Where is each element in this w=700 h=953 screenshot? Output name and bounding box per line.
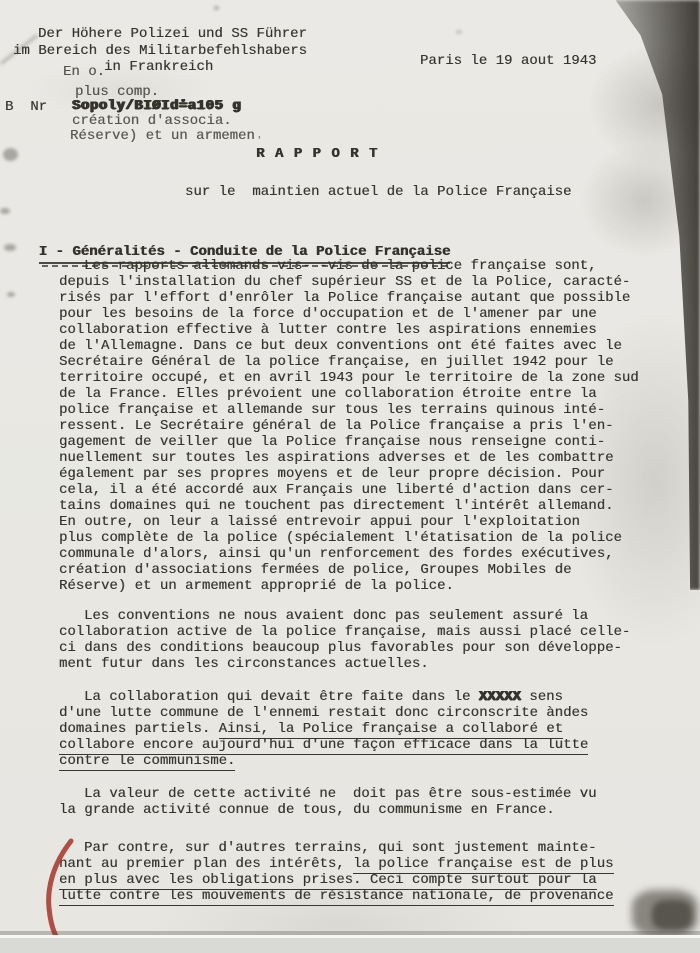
underlined-text-segment: lutte contre les mouvements de résistanc… <box>59 888 614 906</box>
text-segment: communale d'alors, ainsi qu'un renforcem… <box>59 546 614 562</box>
paragraph: La collaboration qui devait être faite d… <box>59 689 588 769</box>
text-segment: La collaboration qui devait être faite d… <box>84 689 479 705</box>
text-segment: création d'associations fermées de polic… <box>59 562 571 578</box>
scan-artifact-bottom-right-blotch-core <box>652 900 692 930</box>
ghost-text-fragment-4: Réserve) et un armemen˒ <box>70 128 263 144</box>
text-line: cela, il a été accordé aux Français une … <box>59 482 639 498</box>
text-line: également par ses propres moyens et de l… <box>59 466 639 482</box>
text-segment: Réserve) et un armement approprié de la … <box>59 578 454 594</box>
text-line: d'une lutte commune de l'ennemi restait … <box>59 705 588 721</box>
text-line: collabore encore aujourd'hui d'une façon… <box>59 737 588 753</box>
text-line: Par contre, sur d'autres terrains, qui s… <box>59 840 614 856</box>
text-segment: également par ses propres moyens et de l… <box>59 466 605 482</box>
text-line: police française et allemande sur tous l… <box>59 402 639 418</box>
text-segment: ci dans des conditions beaucoup plus fav… <box>59 640 622 656</box>
paragraph: Les conventions ne nous avaient donc pas… <box>59 608 630 672</box>
text-line: tains domaines qui ne touchent pas direc… <box>59 498 639 514</box>
text-line: La valeur de cette activité ne doit pas … <box>59 786 596 802</box>
text-segment: collaboration effective à lutter contre … <box>59 322 597 338</box>
text-segment: La valeur de cette activité ne doit pas … <box>84 786 596 802</box>
text-segment: Les rapports allemands vis- -vis de la p… <box>84 258 596 274</box>
text-line: plus complète de la police (spécialement… <box>59 530 639 546</box>
scan-artifact-speck <box>456 30 462 34</box>
document-page: Der Höhere Polizei und SS Führer im Bere… <box>0 0 700 953</box>
text-line: contre le communisme. <box>59 753 588 769</box>
text-line: collaboration active de la police frança… <box>59 624 630 640</box>
text-line: nuellement sur toutes les aspirations ad… <box>59 450 639 466</box>
letterhead-org-line2: im Bereich des Militarbefehlshabers <box>13 43 307 59</box>
paragraph: Par contre, sur d'autres terrains, qui s… <box>59 840 614 904</box>
text-line: communale d'alors, ainsi qu'un renforcem… <box>59 546 639 562</box>
text-segment: nant au premier plan des intérêts, <box>59 856 353 872</box>
text-segment: depuis l'installation du chef supérieur … <box>59 274 630 290</box>
letterhead-org-line1: Der Höhere Polizei und SS Führer <box>38 26 307 42</box>
text-line: risés par l'effort d'enrôler la Police f… <box>59 290 639 306</box>
scan-artifact-speck <box>4 244 16 251</box>
text-segment: sens <box>521 689 563 705</box>
text-line: ci dans des conditions beaucoup plus fav… <box>59 640 630 656</box>
text-line: Les rapports allemands vis- -vis de la p… <box>59 258 639 274</box>
report-subtitle: sur le maintien actuel de la Police Fran… <box>185 184 571 200</box>
text-line: ment futur dans les circonstances actuel… <box>59 656 630 672</box>
text-line: ressent. Le Secrétaire général de la Pol… <box>59 418 639 434</box>
underlined-text-segment: en plus avec les obligations prises. Cec… <box>59 872 597 890</box>
text-segment: Par contre, sur d'autres terrains, qui s… <box>84 840 596 856</box>
text-segment: nuellement sur toutes les aspirations ad… <box>59 450 614 466</box>
text-segment: domaines partiels. <box>59 721 219 737</box>
reference-number: Sopoly/BIØId≐a105 g <box>72 98 241 114</box>
text-line: territoire occupé, et en avril 1943 pour… <box>59 370 639 386</box>
text-segment: territoire occupé, et en avril 1943 pour… <box>59 370 639 386</box>
text-line: La collaboration qui devait être faite d… <box>59 689 588 705</box>
report-title: R A P P O R T <box>256 146 378 162</box>
text-line: Les conventions ne nous avaient donc pas… <box>59 608 630 624</box>
underlined-text-segment: Ainsi, la Police française a collaboré e… <box>219 721 563 739</box>
text-segment: Les conventions ne nous avaient donc pas… <box>84 608 588 624</box>
text-line: de l'Allemagne. Dans ce but deux convent… <box>59 338 639 354</box>
reference-label: B Nr <box>5 99 47 115</box>
text-segment: de l'Allemagne. Dans ce but deux convent… <box>59 338 622 354</box>
text-segment: de la France. Elles prévoient une collab… <box>59 386 597 402</box>
text-line: Secrétaire Général de la police français… <box>59 354 639 370</box>
text-line: depuis l'installation du chef supérieur … <box>59 274 639 290</box>
dateline: Paris le 19 aout 1943 <box>420 53 596 69</box>
text-segment: collaboration active de la police frança… <box>59 624 630 640</box>
text-segment: Secrétaire Général de la police français… <box>59 354 614 370</box>
text-segment: d'une lutte commune de l'ennemi restait … <box>59 705 588 721</box>
text-line: En outre, on leur a laissé entrevoir app… <box>59 514 639 530</box>
text-segment: pour les besoins de la force d'occupatio… <box>59 306 597 322</box>
underlined-text-segment: collabore encore aujourd'hui d'une façon… <box>59 737 588 755</box>
text-segment: plus complète de la police (spécialement… <box>59 530 622 546</box>
text-segment: cela, il a été accordé aux Français une … <box>59 482 614 498</box>
text-segment: gagement de veiller que la Police frança… <box>59 434 605 450</box>
scan-artifact-speck <box>7 292 15 297</box>
text-line: création d'associations fermées de polic… <box>59 562 639 578</box>
ghost-text-fragment-3: création d'associa. <box>72 113 232 129</box>
paragraph: Les rapports allemands vis- -vis de la p… <box>59 258 639 594</box>
text-line: en plus avec les obligations prises. Cec… <box>59 872 614 888</box>
text-line: la grande activité connue de tous, du co… <box>59 802 596 818</box>
text-line: lutte contre les mouvements de résistanc… <box>59 888 614 904</box>
scan-artifact-bottom-strip <box>0 935 700 953</box>
underlined-text-segment: contre le communisme. <box>59 753 235 771</box>
text-segment: police française et allemande sur tous l… <box>59 402 605 418</box>
text-segment: En outre, on leur a laissé entrevoir app… <box>59 514 580 530</box>
text-line: collaboration effective à lutter contre … <box>59 322 639 338</box>
text-segment: la grande activité connue de tous, du co… <box>59 802 555 818</box>
text-line: Réserve) et un armement approprié de la … <box>59 578 639 594</box>
text-line: de la France. Elles prévoient une collab… <box>59 386 639 402</box>
text-segment: XXXXX <box>479 689 521 705</box>
text-line: pour les besoins de la force d'occupatio… <box>59 306 639 322</box>
ghost-text-fragment-1: En o. <box>63 64 105 80</box>
scan-artifact-speck <box>0 208 10 214</box>
text-line: nant au premier plan des intérêts, la po… <box>59 856 614 872</box>
text-segment: ment futur dans les circonstances actuel… <box>59 656 429 672</box>
text-line: domaines partiels. Ainsi, la Police fran… <box>59 721 588 737</box>
paragraph: La valeur de cette activité ne doit pas … <box>59 786 596 818</box>
underlined-text-segment: la police française est de plus <box>353 856 613 874</box>
text-segment: risés par l'effort d'enrôler la Police f… <box>59 290 630 306</box>
text-segment: tains domaines qui ne touchent pas direc… <box>59 498 614 514</box>
scan-artifact-speck <box>3 148 18 161</box>
letterhead-org-line3: in Frankreich <box>104 59 213 75</box>
text-line: gagement de veiller que la Police frança… <box>59 434 639 450</box>
scan-artifact-speck <box>214 6 219 10</box>
text-segment: ressent. Le Secrétaire général de la Pol… <box>59 418 614 434</box>
